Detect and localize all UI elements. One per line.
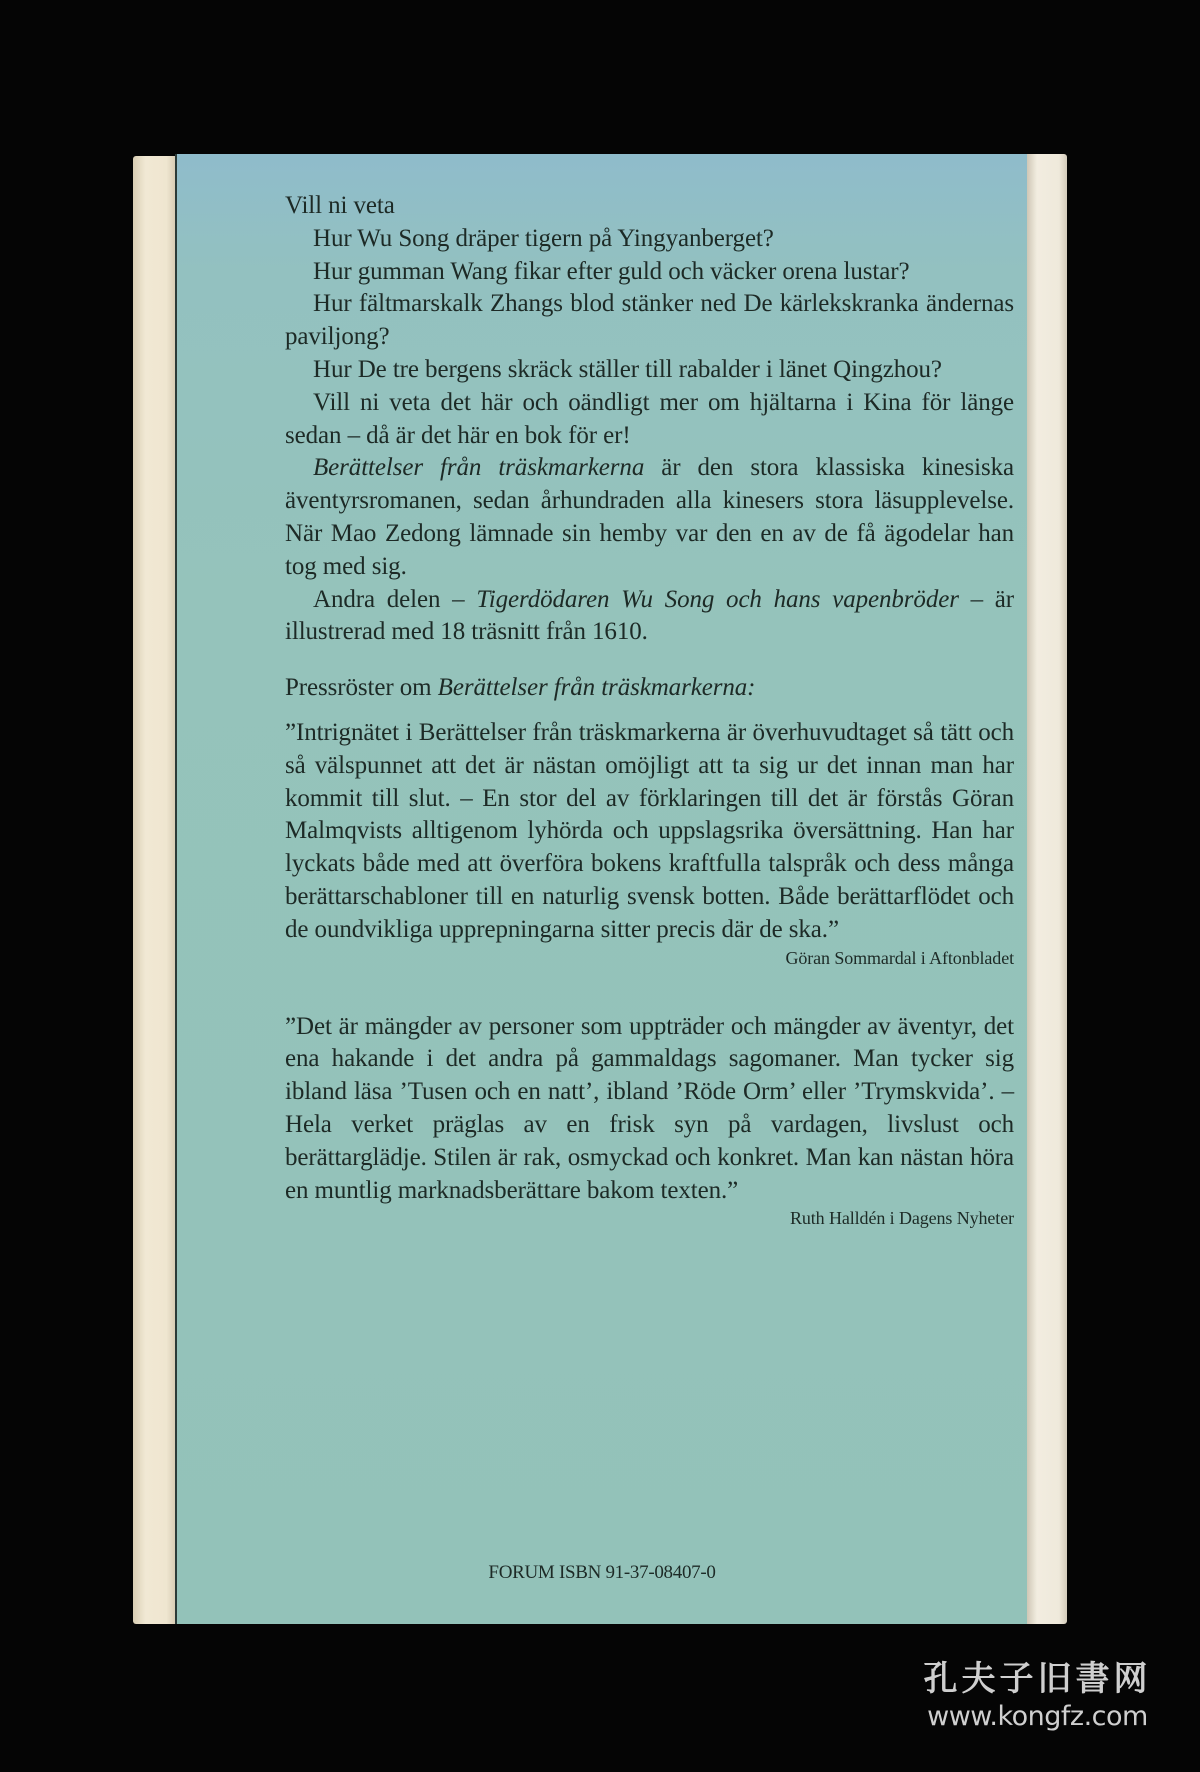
watermark: 孔夫子旧書网 www.kongfz.com [905,1658,1170,1734]
right-spine-edge [1027,154,1067,1624]
press-quote: ”Intrignätet i Berättelser från träskmar… [285,717,1014,947]
blurb-question: Hur Wu Song dräper tigern på Yingyanberg… [285,223,1014,256]
quote-attribution: Ruth Halldén i Dagens Nyheter [285,1207,1014,1229]
watermark-url: www.kongfz.com [905,1700,1170,1734]
blurb-question: Hur gumman Wang fikar efter guld och väc… [285,256,1014,289]
left-spine-edge [133,156,175,1624]
cover-panel: Vill ni veta Hur Wu Song dräper tigern p… [175,154,1027,1624]
blurb-part: Andra delen – Tigerdödaren Wu Song och h… [285,584,1014,650]
blurb-question: Hur fältmarskalk Zhangs blod stänker ned… [285,288,1014,354]
press-heading-title: Berättelser från träskmarkerna: [438,674,756,701]
part-prefix: Andra delen – [313,586,476,613]
publisher-isbn: FORUM ISBN 91-37-08407-0 [177,1562,1027,1584]
press-quote: ”Det är mängder av personer som uppträde… [285,1011,1014,1208]
book-back-cover: Vill ni veta Hur Wu Song dräper tigern p… [133,154,1067,1626]
cover-text: Vill ni veta Hur Wu Song dräper tigern p… [285,190,1014,1229]
blurb-question: Hur De tre bergens skräck ställer till r… [285,354,1014,387]
book-title: Berättelser från träskmarkerna [313,454,644,481]
press-heading-prefix: Pressröster om [285,674,438,701]
quote-attribution: Göran Sommardal i Aftonbladet [285,947,1014,969]
blurb-closing: Vill ni veta det här och oändligt mer om… [285,387,1014,453]
blurb-intro: Vill ni veta [285,190,1014,223]
watermark-site-name: 孔夫子旧書网 [905,1658,1170,1700]
blurb-description: Berättelser från träskmarkerna är den st… [285,452,1014,583]
press-heading: Pressröster om Berättelser från träskmar… [285,672,1014,705]
part-title: Tigerdödaren Wu Song och hans vapenbröde… [476,586,959,613]
